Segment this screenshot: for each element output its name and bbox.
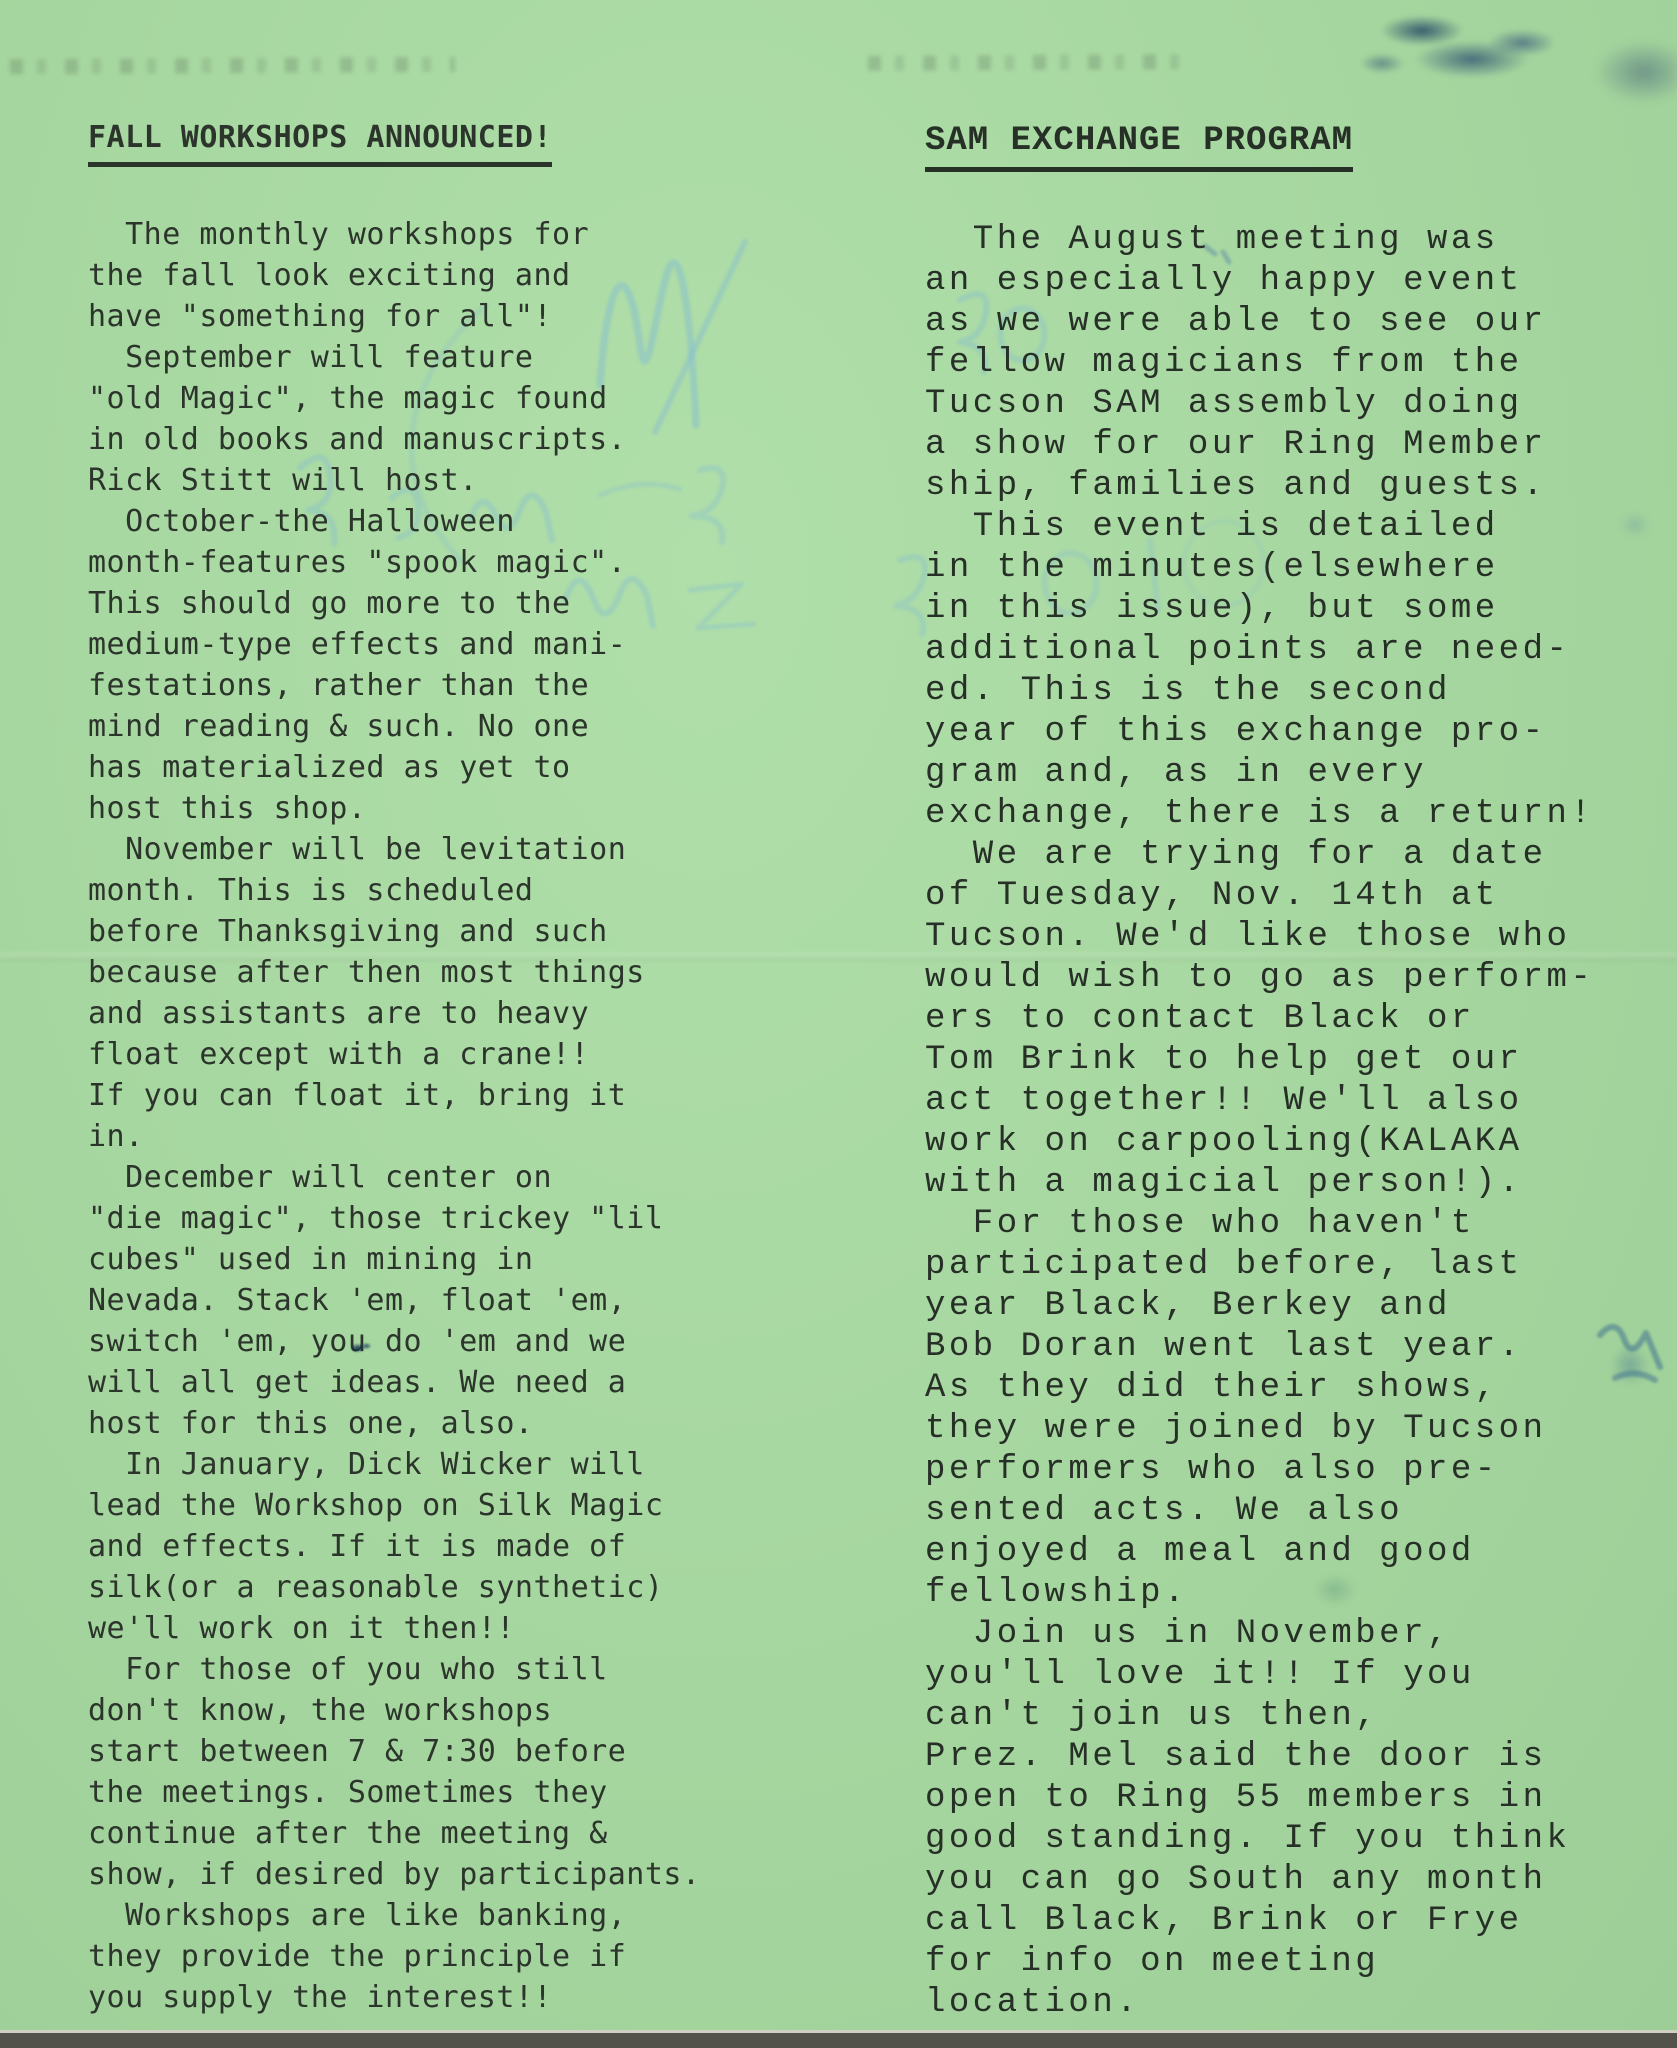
text-line: we'll work on it then!! xyxy=(88,1608,701,1649)
text-line: Bob Doran went last year. xyxy=(925,1327,1594,1368)
text-line: ers to contact Black or xyxy=(925,999,1594,1040)
text-line: year of this exchange pro- xyxy=(925,712,1594,753)
text-line: Nevada. Stack 'em, float 'em, xyxy=(88,1280,701,1321)
text-line: Tucson. We'd like those who xyxy=(925,917,1594,958)
text-line: continue after the meeting & xyxy=(88,1813,701,1854)
text-line: Join us in November, xyxy=(925,1614,1594,1655)
text-line: As they did their shows, xyxy=(925,1368,1594,1409)
text-line: enjoyed a meal and good xyxy=(925,1532,1594,1573)
left-column-heading: FALL WORKSHOPS ANNOUNCED! xyxy=(88,120,552,167)
text-line: a show for our Ring Member xyxy=(925,425,1594,466)
text-line: float except with a crane!! xyxy=(88,1034,701,1075)
text-line: cubes" used in mining in xyxy=(88,1239,701,1280)
text-line: good standing. If you think xyxy=(925,1819,1594,1860)
text-line: September will feature xyxy=(88,337,701,378)
text-line: for info on meeting xyxy=(925,1942,1594,1983)
text-line: mind reading & such. No one xyxy=(88,706,701,747)
text-line: because after then most things xyxy=(88,952,701,993)
text-line: call Black, Brink or Frye xyxy=(925,1901,1594,1942)
text-line: an especially happy event xyxy=(925,261,1594,302)
text-line: "die magic", those trickey "lil xyxy=(88,1198,701,1239)
text-line: In January, Dick Wicker will xyxy=(88,1444,701,1485)
text-line: and effects. If it is made of xyxy=(88,1526,701,1567)
text-line: start between 7 & 7:30 before xyxy=(88,1731,701,1772)
text-line: host for this one, also. xyxy=(88,1403,701,1444)
text-line: This should go more to the xyxy=(88,583,701,624)
text-line: has materialized as yet to xyxy=(88,747,701,788)
text-line: you can go South any month xyxy=(925,1860,1594,1901)
text-line: The monthly workshops for xyxy=(88,214,701,255)
text-line: additional points are need- xyxy=(925,630,1594,671)
text-line: they provide the principle if xyxy=(88,1936,701,1977)
text-line: sented acts. We also xyxy=(925,1491,1594,1532)
text-line: November will be levitation xyxy=(88,829,701,870)
text-line: For those of you who still xyxy=(88,1649,701,1690)
scanner-edge xyxy=(0,2030,1677,2048)
text-line: gram and, as in every xyxy=(925,753,1594,794)
text-line: lead the Workshop on Silk Magic xyxy=(88,1485,701,1526)
text-line: don't know, the workshops xyxy=(88,1690,701,1731)
text-line: have "something for all"! xyxy=(88,296,701,337)
ink-stain xyxy=(1590,1320,1670,1410)
newsletter-page: FALL WORKSHOPS ANNOUNCED! The monthly wo… xyxy=(0,0,1677,2048)
ink-blot xyxy=(344,1338,374,1358)
text-line: Tom Brink to help get our xyxy=(925,1040,1594,1081)
text-line: you supply the interest!! xyxy=(88,1977,701,2018)
text-line: in this issue), but some xyxy=(925,589,1594,630)
text-line: the fall look exciting and xyxy=(88,255,701,296)
text-line: year Black, Berkey and xyxy=(925,1286,1594,1327)
text-line: October-the Halloween xyxy=(88,501,701,542)
text-line: festations, rather than the xyxy=(88,665,701,706)
text-line: Rick Stitt will host. xyxy=(88,460,701,501)
text-line: before Thanksgiving and such xyxy=(88,911,701,952)
text-line: exchange, there is a return! xyxy=(925,794,1594,835)
text-line: work on carpooling(KALAKA xyxy=(925,1122,1594,1163)
text-line: Workshops are like banking, xyxy=(88,1895,701,1936)
right-column-heading: SAM EXCHANGE PROGRAM xyxy=(925,122,1353,172)
text-line: the meetings. Sometimes they xyxy=(88,1772,701,1813)
text-line: If you can float it, bring it xyxy=(88,1075,701,1116)
text-line: with a magicial person!). xyxy=(925,1163,1594,1204)
text-line: ed. This is the second xyxy=(925,671,1594,712)
text-line: switch 'em, you do 'em and we xyxy=(88,1321,701,1362)
text-line: of Tuesday, Nov. 14th at xyxy=(925,876,1594,917)
text-line: month-features "spook magic". xyxy=(88,542,701,583)
text-line: The August meeting was xyxy=(925,220,1594,261)
text-line: "old Magic", the magic found xyxy=(88,378,701,419)
text-line: they were joined by Tucson xyxy=(925,1409,1594,1450)
text-line: can't join us then, xyxy=(925,1696,1594,1737)
left-column-body: The monthly workshops forthe fall look e… xyxy=(88,214,701,2018)
text-line: in. xyxy=(88,1116,701,1157)
text-line: in the minutes(elsewhere xyxy=(925,548,1594,589)
text-line: and assistants are to heavy xyxy=(88,993,701,1034)
text-line: For those who haven't xyxy=(925,1204,1594,1245)
text-line: silk(or a reasonable synthetic) xyxy=(88,1567,701,1608)
right-column-body: The August meeting wasan especially happ… xyxy=(925,220,1594,2024)
text-line: host this shop. xyxy=(88,788,701,829)
text-line: open to Ring 55 members in xyxy=(925,1778,1594,1819)
ink-stain xyxy=(1290,1550,1380,1630)
text-line: participated before, last xyxy=(925,1245,1594,1286)
text-line: We are trying for a date xyxy=(925,835,1594,876)
text-line: month. This is scheduled xyxy=(88,870,701,911)
text-line: performers who also pre- xyxy=(925,1450,1594,1491)
text-line: as we were able to see our xyxy=(925,302,1594,343)
text-line: act together!! We'll also xyxy=(925,1081,1594,1122)
text-line: will all get ideas. We need a xyxy=(88,1362,701,1403)
text-line: fellowship. xyxy=(925,1573,1594,1614)
text-line: show, if desired by participants. xyxy=(88,1854,701,1895)
text-line: medium-type effects and mani- xyxy=(88,624,701,665)
text-line: would wish to go as perform- xyxy=(925,958,1594,999)
text-line: location. xyxy=(925,1983,1594,2024)
text-line: December will center on xyxy=(88,1157,701,1198)
ink-stain xyxy=(1600,495,1670,555)
text-line: ship, families and guests. xyxy=(925,466,1594,507)
text-line: This event is detailed xyxy=(925,507,1594,548)
text-line: Tucson SAM assembly doing xyxy=(925,384,1594,425)
text-line: you'll love it!! If you xyxy=(925,1655,1594,1696)
text-line: fellow magicians from the xyxy=(925,343,1594,384)
text-line: in old books and manuscripts. xyxy=(88,419,701,460)
text-line: Prez. Mel said the door is xyxy=(925,1737,1594,1778)
